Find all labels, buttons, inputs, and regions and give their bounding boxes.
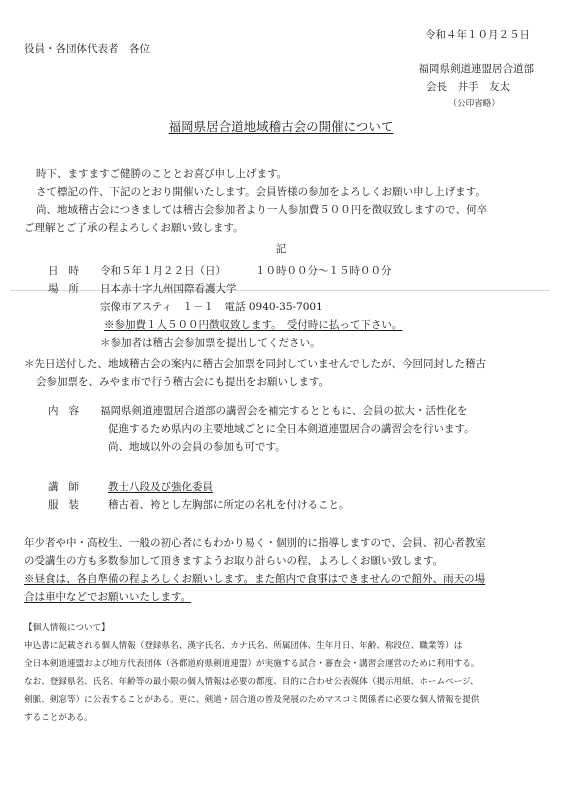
venue-row: 場所 日本赤十字九州国際看護大学 [48, 280, 96, 298]
venue-address: 宗像市アスティ １－１ 電話 0940-35-7001 [100, 298, 323, 316]
lunch-note-line-1: ※昼食は、各自準備の程よろしくお願いします。また館内で食事はできませんので館外、… [24, 570, 485, 588]
content-row: 内容 福岡県剣道連盟居合道部の講習会を補完するとともに、会員の拡大・活性化を [48, 402, 96, 420]
greeting-line-1: 時下、ますますご健勝のこととお喜び申し上げます。 [36, 165, 287, 183]
form-note: ＊参加者は稽古会参加票を提出してください。 [100, 334, 321, 352]
attire-value: 稽古着、袴とし左胸部に所定の名札を付けること。 [108, 496, 350, 514]
closing-line-2: の受講生の方も多数参加して頂きますようお取り計らいの程、よろしくお願い致します。 [24, 552, 443, 570]
datetime-label: 日時 [48, 262, 96, 280]
venue-name: 日本赤十字九州国際看護大学 [100, 280, 237, 298]
document-date: 令和４年１０月２５日 [425, 26, 530, 44]
ki-marker: 記 [0, 240, 562, 258]
greeting-line-3: 尚、地域稽古会につきましては稽古会参加者より一人参加費５００円を徴収致しますので… [36, 201, 487, 219]
privacy-line-4: 剣脈、剣窓等）に公表することがある。更に、剣道・居合道の普及発展のためマスコミ関… [24, 692, 479, 710]
privacy-line-3: なお、登録県名、氏名、年齢等の最小限の個人情報は必要の都度、目的に合わせ公表媒体… [24, 674, 479, 692]
greeting-line-4: ご理解とご了承の程よろしくお願い致します。 [24, 219, 244, 237]
enclosure-note-line-2: 会参加票を、みやま市で行う稽古会にも提出をお願いします。 [36, 373, 329, 391]
privacy-line-5: することがある。 [24, 710, 93, 728]
datetime-row: 日時 令和５年１月２２日（日） １０時００分～１５時００分 [48, 262, 96, 280]
instructor-row: 講師 教士八段及び強化委員 [48, 478, 96, 496]
instructor-label: 講師 [48, 478, 96, 496]
content-line-2: 促進するため県内の主要地域ごとに全日本剣道連盟居合の講習会を行います。 [108, 420, 475, 438]
content-line-1: 福岡県剣道連盟居合道部の講習会を補完するとともに、会員の拡大・活性化を [100, 402, 468, 420]
closing-line-1: 年少者や中・高校生、一般の初心者にもわかり易く・個別的に指導しますので、会員、初… [24, 534, 486, 552]
enclosure-note-line-1: ＊先日送付した、地域稽古会の案内に稽古会加票を同封していませんでしたが、今回同封… [24, 355, 486, 373]
seal-note: （公印省略） [448, 96, 500, 114]
content-label: 内容 [48, 402, 96, 420]
lunch-note-line-2: 合は車中などでお願いいたします。 [24, 588, 191, 606]
fee-note: ※参加費１人５００円徴収致します。 受付時に払って下さい。 [104, 316, 402, 334]
venue-label: 場所 [48, 280, 96, 298]
document-title: 福岡県居合道地域稽古会の開催について [0, 118, 562, 136]
privacy-heading: 【個人情報について】 [24, 620, 110, 638]
attire-row: 服装 稽古着、袴とし左胸部に所定の名札を付けること。 [48, 496, 96, 514]
addressee: 役員・各団体代表者 各位 [24, 40, 150, 58]
attire-label: 服装 [48, 496, 96, 514]
greeting-line-2: さて標記の件、下記のとおり開催いたします。会員皆様の参加をよろしくお願い申し上げ… [36, 183, 486, 201]
sender-name: 会長 井手 友太 [426, 78, 510, 96]
privacy-line-2: 全日本剣道連盟および地方代表団体（各都道府県剣道連盟）が実施する試合・審査会・講… [24, 656, 479, 674]
instructor-value: 教士八段及び強化委員 [108, 478, 213, 496]
datetime-time: １０時００分～１５時００分 [255, 262, 392, 280]
privacy-line-1: 申込書に記載される個人情報（登録県名、漢字氏名、カナ氏名、所属団体、生年月日、年… [24, 638, 462, 656]
sender-organization: 福岡県剣道連盟居合道部 [419, 60, 535, 78]
content-line-3: 尚、地域以外の会員の参加も可です。 [108, 438, 286, 456]
datetime-date: 令和５年１月２２日（日） [100, 262, 226, 280]
